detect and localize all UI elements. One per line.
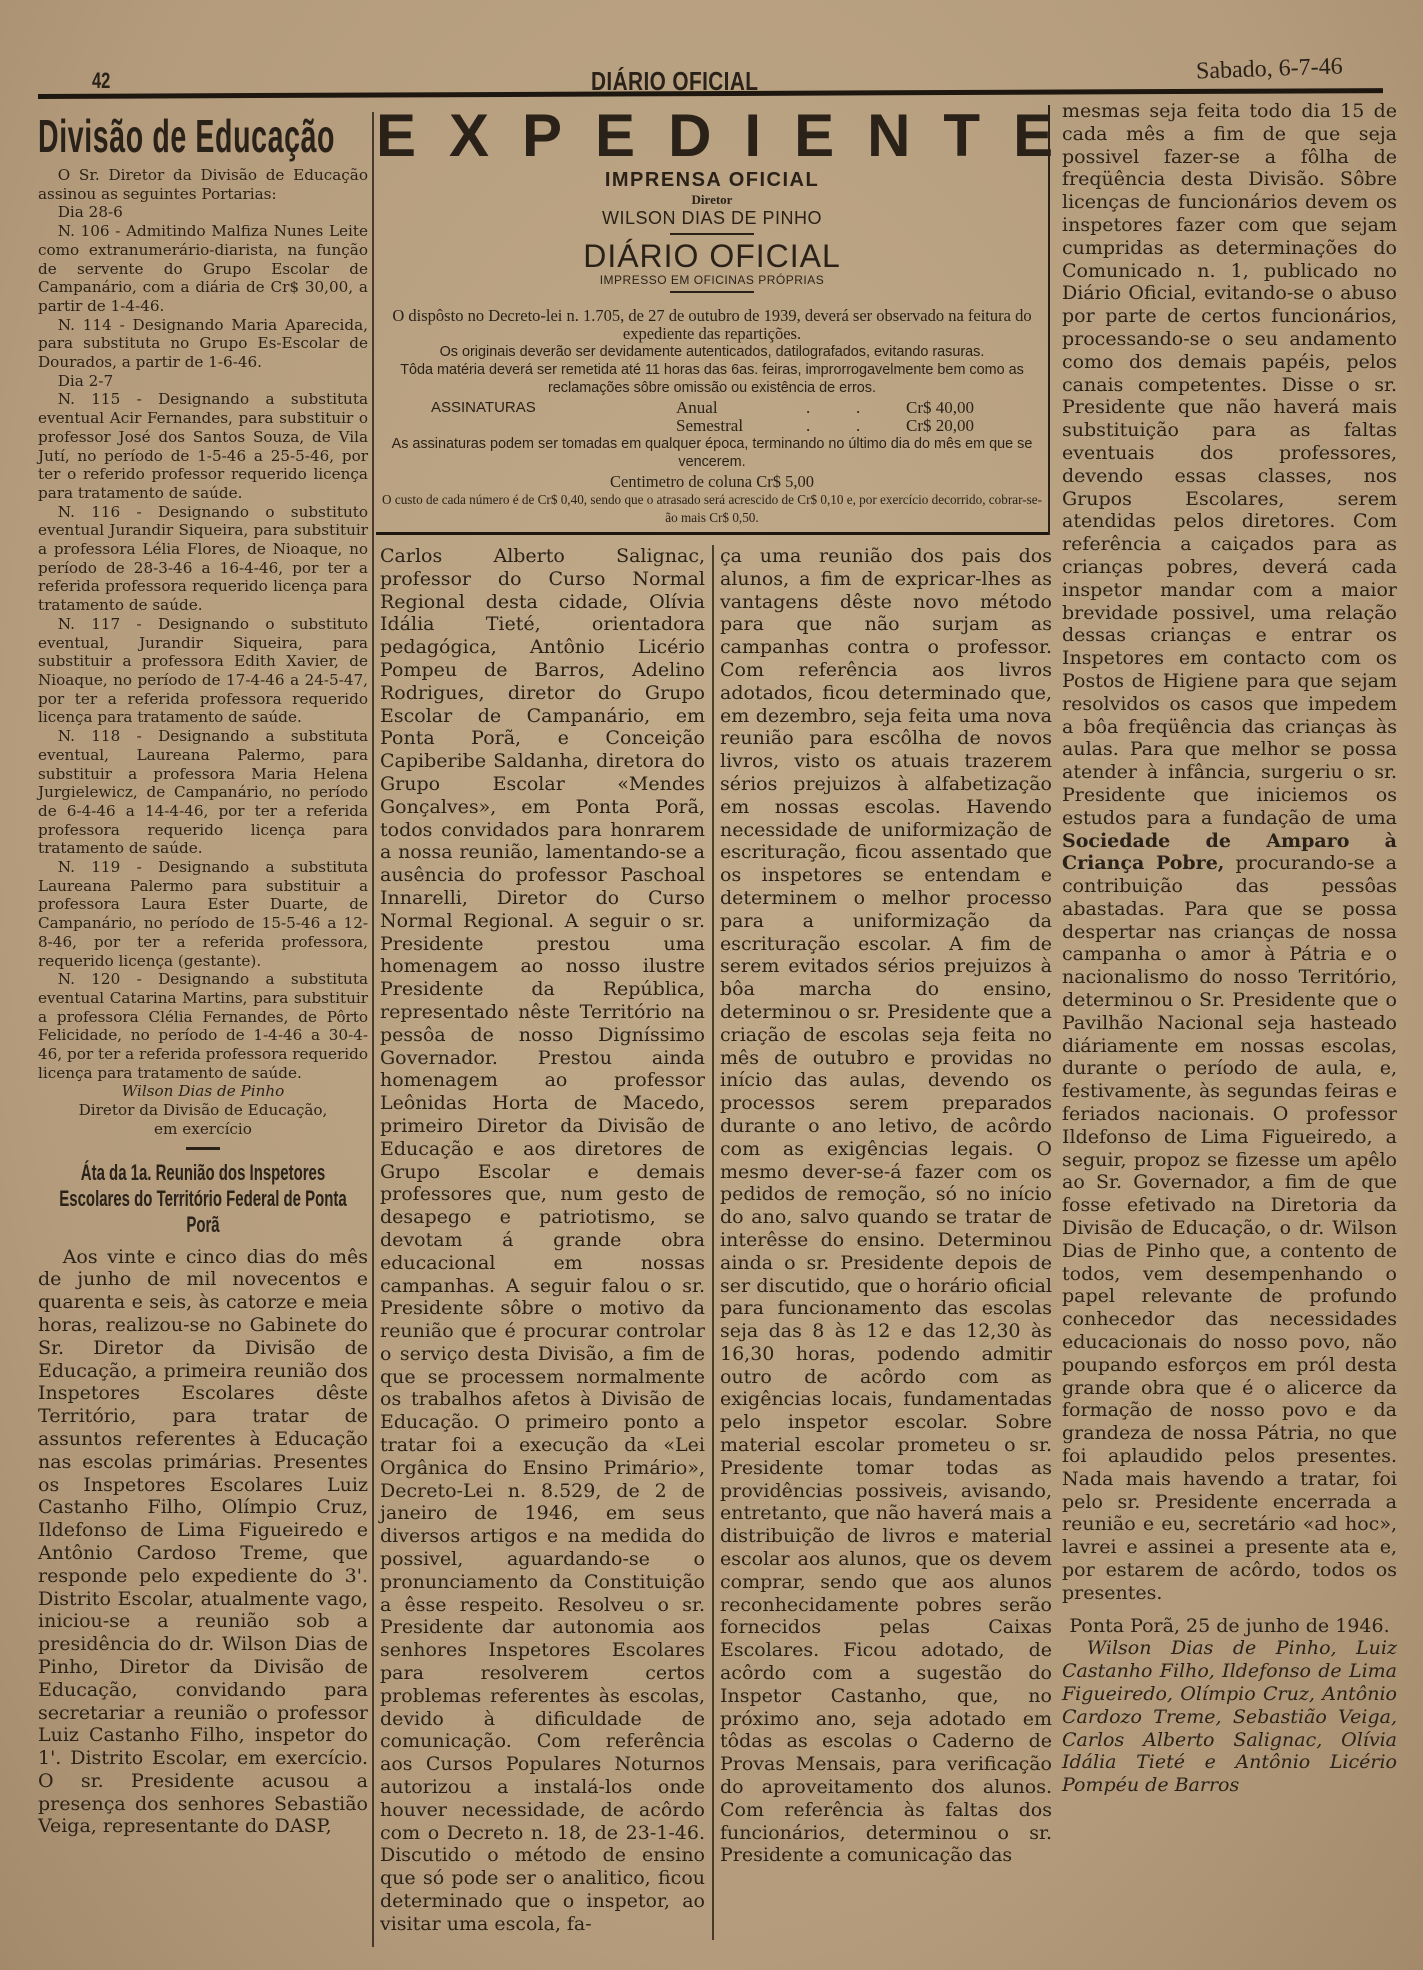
subscription-price: Cr$ 40,00 <box>906 399 1056 417</box>
subscriptions-label: ASSINATURAS <box>431 399 676 417</box>
issue-date: Sabado, 6-7-46 <box>1196 53 1343 85</box>
expediente-bottom-rule <box>376 532 1048 535</box>
divisao-intro: O Sr. Diretor da Divisão de Educação ass… <box>38 166 368 203</box>
column-ata-2: Carlos Alberto Salignac, professor do Cu… <box>380 545 705 1936</box>
newspaper-page: 42 DIÁRIO OFICIAL Sabado, 6-7-46 Divisão… <box>0 0 1423 1970</box>
column-ata-3: ça uma reunião dos pais dos alunos, a fi… <box>720 545 1052 1867</box>
director-name: WILSON DIAS DE PINHO <box>376 208 1048 229</box>
director-label: Diretor <box>376 192 1048 208</box>
portaria-120: N. 120 - Designando a substituta eventua… <box>38 970 368 1082</box>
portaria-119: N. 119 - Designando a substituta Laurean… <box>38 858 368 970</box>
portaria-118: N. 118 - Designando a substituta eventua… <box>38 727 368 858</box>
subscriptions-table: ASSINATURAS Anual .. Cr$ 40,00 Semestral… <box>431 399 1048 435</box>
portaria-116: N. 116 - Designando o substituto eventua… <box>38 503 368 615</box>
column-rule <box>712 545 714 1940</box>
signatories: Wilson Dias de Pinho, Luiz Castanho Filh… <box>1062 1637 1397 1797</box>
ata-text-part1: Aos vinte e cinco dias do mês de junho d… <box>38 1246 368 1839</box>
ata-text-part4b: procurando-se a contribuição das pessôas… <box>1062 852 1397 1604</box>
ata-text-part3: ça uma reunião dos pais dos alunos, a fi… <box>720 545 1052 1867</box>
ata-text-part4a: mesmas seja feita todo dia 15 de cada mê… <box>1062 100 1397 829</box>
portaria-114: N. 114 - Designando Maria Aparecida, par… <box>38 316 368 372</box>
portaria-day-heading: Dia 2-7 <box>38 372 368 391</box>
divider <box>670 291 754 293</box>
expediente-box: EXPEDIENTE IMPRENSA OFICIAL Diretor WILS… <box>376 105 1048 535</box>
portaria-106: N. 106 - Admitindo Malfiza Nunes Leite c… <box>38 222 368 316</box>
column-rule <box>1048 105 1050 535</box>
subscription-period: Anual <box>676 399 806 417</box>
signature-role-status: em exercício <box>38 1120 368 1139</box>
paper-name: DIÁRIO OFICIAL <box>376 239 1048 273</box>
decree-note: O dispôsto no Decreto-lei n. 1.705, de 2… <box>376 307 1048 343</box>
subscription-price: Cr$ 20,00 <box>906 417 1056 435</box>
column-divisao-educacao: Divisão de Educação O Sr. Diretor da Div… <box>38 112 368 1838</box>
originals-note: Os originais deverão ser devidamente aut… <box>376 343 1048 361</box>
divider <box>670 233 754 235</box>
section-title-divisao: Divisão de Educação <box>38 112 243 160</box>
column-price: Centimetro de coluna Cr$ 5,00 <box>376 473 1048 491</box>
signature-role: Diretor da Divisão de Educação, <box>38 1101 368 1120</box>
printed-note: IMPRESSO EM OFICINAS PRÓPRIAS <box>376 273 1048 287</box>
ata-title: Áta da 1a. Reunião dos Inspetores Escola… <box>46 1160 360 1238</box>
column-ata-4: mesmas seja feita todo dia 15 de cada mê… <box>1062 100 1397 1797</box>
portaria-117: N. 117 - Designando o substituto eventua… <box>38 615 368 727</box>
subscription-period: Semestral <box>676 417 806 435</box>
imprensa-oficial-label: IMPRENSA OFICIAL <box>376 169 1048 192</box>
portaria-day-heading: Dia 28-6 <box>38 203 368 222</box>
expediente-title: EXPEDIENTE <box>376 105 1048 167</box>
section-divider <box>186 1147 220 1150</box>
page-number: 42 <box>92 68 110 94</box>
deadline-note: Tôda matéria deverá ser remetida até 11 … <box>376 361 1048 397</box>
ata-text-part2: Carlos Alberto Salignac, professor do Cu… <box>380 545 705 1936</box>
signature-name: Wilson Dias de Pinho <box>38 1082 368 1101</box>
subscriptions-note: As assinaturas podem ser tomadas em qual… <box>376 435 1048 471</box>
column-rule <box>372 112 374 1947</box>
cost-note: O custo de cada número é de Cr$ 0,40, se… <box>376 491 1048 527</box>
portaria-115: N. 115 - Designando a substituta eventua… <box>38 390 368 502</box>
closing-place-date: Ponta Porã, 25 de junho de 1946. <box>1062 1615 1397 1638</box>
